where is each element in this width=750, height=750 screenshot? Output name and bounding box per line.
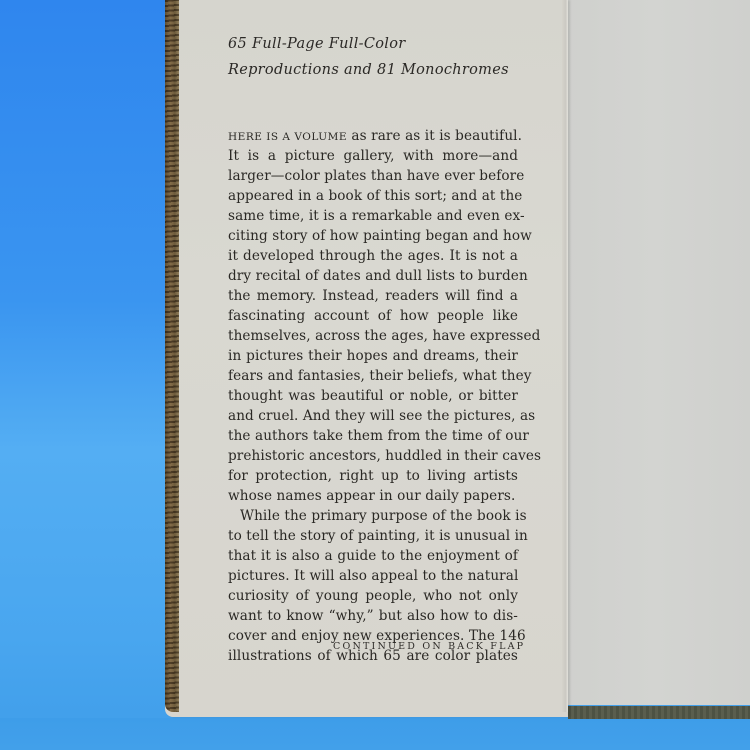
worn-flap-edge: [165, 0, 179, 712]
paragraph-line: larger—color plates than have ever befor…: [228, 166, 518, 186]
paragraph-line: pictures. It will also appeal to the nat…: [228, 566, 518, 586]
paragraph-line: for protection, right up to living artis…: [228, 466, 518, 486]
paragraph-line: themselves, across the ages, have expres…: [228, 326, 518, 346]
paragraph-line: illustrations of which 65 are color plat…: [228, 646, 518, 666]
book-cover-board: [560, 0, 750, 705]
book-cover-edge: [568, 706, 750, 719]
paragraph-line: HERE IS A VOLUME as rare as it is beauti…: [228, 126, 518, 146]
lead-in-smallcaps: HERE IS A VOLUME: [228, 131, 347, 143]
paragraph-line: curiosity of young people, who not only: [228, 586, 518, 606]
paragraph-line: the authors take them from the time of o…: [228, 426, 518, 446]
paragraph-line: It is a picture gallery, with more—and: [228, 146, 518, 166]
subtitle-line-2: Reproductions and 81 Monochromes: [228, 62, 528, 78]
paragraph-line: in pictures their hopes and dreams, thei…: [228, 346, 518, 366]
background-surface: [0, 718, 750, 750]
line-text: as rare as it is beautiful.: [347, 128, 522, 144]
paragraph-line: cover and enjoy new experiences. The 146: [228, 626, 518, 646]
paragraph-line: appeared in a book of this sort; and at …: [228, 186, 518, 206]
paragraph-line: While the primary purpose of the book is: [228, 506, 518, 526]
paragraph-line: dry recital of dates and dull lists to b…: [228, 266, 518, 286]
paragraph-line: thought was beautiful or noble, or bitte…: [228, 386, 518, 406]
paragraph-line: the memory. Instead, readers will find a: [228, 286, 518, 306]
paragraph-line: want to know “why,” but also how to dis-: [228, 606, 518, 626]
paragraph-line: citing story of how painting began and h…: [228, 226, 518, 246]
paragraph-line: same time, it is a remarkable and even e…: [228, 206, 518, 226]
subtitle-line-1: 65 Full-Page Full-Color: [228, 36, 528, 52]
paragraph-line: and cruel. And they will see the picture…: [228, 406, 518, 426]
paragraph-line: it developed through the ages. It is not…: [228, 246, 518, 266]
paragraph-line: fears and fantasies, their beliefs, what…: [228, 366, 518, 386]
paragraph-line: that it is also a guide to the enjoyment…: [228, 546, 518, 566]
paragraph-line: whose names appear in our daily papers.: [228, 486, 518, 506]
flap-fold-line: [562, 0, 568, 712]
paragraph-line: to tell the story of painting, it is unu…: [228, 526, 518, 546]
paragraph-line: fascinating account of how people like: [228, 306, 518, 326]
paragraph-line: prehistoric ancestors, huddled in their …: [228, 446, 518, 466]
